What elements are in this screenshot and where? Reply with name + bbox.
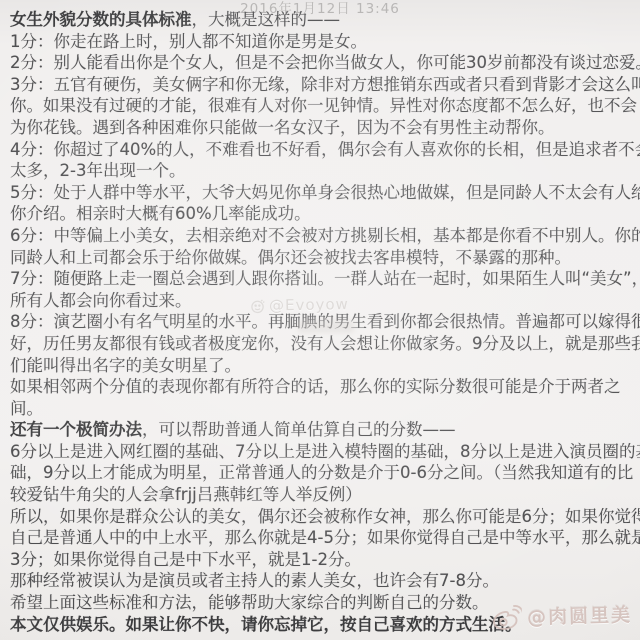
text-segment: 你。如果没有过硬的才能，很难有人对你一见钟情。异性对你态度都不怎么好，也不会: [10, 96, 637, 115]
text-line: 间。: [10, 398, 635, 420]
text-segment: 2分：别人能看出你是个女人，但是不会把你当做女人，你可能30岁前都没有谈过恋爱。: [10, 53, 640, 72]
text-line: 那种经常被误认为是演员或者主持人的素人美女，也许会有7-8分。: [10, 570, 635, 592]
smiley-emoji-icon: [250, 298, 265, 313]
watermark-center: @Evoyow: [250, 295, 349, 315]
post-screenshot: 2016年1月12日 13:46 女生外貌分数的具体标准，大概是这样的——1分：…: [0, 0, 640, 640]
text-line: 们能叫得出名字的美女明星了。: [10, 355, 635, 377]
text-line: 为你花钱。遇到各种困难你只能做一名女汉子，因为不会有男性主动帮你。: [10, 117, 635, 139]
text-segment-bold: 还有一个极简办法: [10, 420, 142, 439]
text-segment-bold: 本文仅供娱乐。如果让你不快，请你忘掉它，按自己喜欢的方式生活。: [10, 615, 522, 634]
text-segment: 础，9分以上才能成为明星，正常普通人的分数是介于0-6分之间。（当然我知道有的比: [10, 463, 633, 482]
text-line: 自己是普通人中的中上水平，那么你就是4-5分；如果你觉得自己是中等水平，那么就是: [10, 527, 635, 549]
text-segment: 3分：五官有硬伤，美女俩字和你无缘，除非对方想推销东西或者只看到背影才会这么叫: [10, 75, 640, 94]
text-segment: 3分；如果你觉得自己是中下水平，就是1-2分。: [10, 550, 361, 569]
text-line: 还有一个极简办法，可以帮助普通人简单估算自己的分数——: [10, 419, 635, 441]
text-segment: 同龄人和上司都会乐于给你做媒。偶尔还会被找去客串模特，不暴露的那种。: [10, 248, 571, 267]
text-line: 础，9分以上才能成为明星，正常普通人的分数是介于0-6分之间。（当然我知道有的比: [10, 462, 635, 484]
text-segment: 自己是普通人中的中上水平，那么你就是4-5分；如果你觉得自己是中等水平，那么就是: [10, 528, 640, 547]
watermark-secondary-smudge: [298, 320, 354, 333]
watermark-bottom-right: @肉圆里美: [492, 600, 633, 631]
text-segment: 你介绍。相亲时大概有60%几率能成功。: [10, 204, 311, 223]
text-line: 7分：随便路上走一圈总会遇到人跟你搭讪。一群人站在一起时，如果陌生人叫“美女”，: [10, 268, 635, 290]
text-line: 3分；如果你觉得自己是中下水平，就是1-2分。: [10, 549, 635, 571]
text-segment: 为你花钱。遇到各种困难你只能做一名女汉子，因为不会有男性主动帮你。: [10, 118, 555, 137]
text-segment: ，大概是这样的——: [192, 10, 341, 29]
watermark-center-text: @Evoyow: [269, 295, 349, 314]
text-line: 同龄人和上司都会乐于给你做媒。偶尔还会被找去客串模特，不暴露的那种。: [10, 247, 635, 269]
text-line: 6分：中等偏上小美女，去相亲绝对不会被对方挑剔长相，基本都是你看不中别人。你的: [10, 225, 635, 247]
text-segment: 太多，2-3年出现一个。: [10, 161, 185, 180]
text-line: 2分：别人能看出你是个女人，但是不会把你当做女人，你可能30岁前都没有谈过恋爱。: [10, 52, 635, 74]
text-segment: 们能叫得出名字的美女明星了。: [10, 356, 241, 375]
text-line: 4分：你超过了40%的人，不难看也不好看，偶尔会有人喜欢你的长相，但是追求者不会: [10, 139, 635, 161]
text-segment: 希望上面这些标准和方法，能够帮助大家综合的判断自己的分数。: [10, 593, 489, 612]
text-line: 好，历任男友都很有钱或者极度宠你，没有人会想让你做家务。9分及以上，就是那些我: [10, 333, 635, 355]
text-line: 太多，2-3年出现一个。: [10, 160, 635, 182]
weibo-logo-icon: [492, 604, 523, 631]
text-segment: 6分以上是进入网红圈的基础、7分以上是进入模特圈的基础，8分以上是进入演员圈的基: [10, 442, 640, 461]
text-segment-bold: 女生外貌分数的具体标准: [10, 10, 192, 29]
text-segment: 所有人都会向你看过来。: [10, 291, 192, 310]
watermark-bottom-text: @肉圆里美: [527, 600, 633, 630]
text-segment: 4分：你超过了40%的人，不难看也不好看，偶尔会有人喜欢你的长相，但是追求者不会: [10, 140, 640, 159]
text-line: 5分：处于人群中等水平，大爷大妈见你单身会很热心地做媒，但是同龄人不太会有人给: [10, 182, 635, 204]
text-line: 你。如果没有过硬的才能，很难有人对你一见钟情。异性对你态度都不怎么好，也不会: [10, 95, 635, 117]
text-line: 6分以上是进入网红圈的基础、7分以上是进入模特圈的基础，8分以上是进入演员圈的基: [10, 441, 635, 463]
text-segment: 好，历任男友都很有钱或者极度宠你，没有人会想让你做家务。9分及以上，就是那些我: [10, 334, 640, 353]
text-line: 较爱钻牛角尖的人会拿frjj吕燕韩红等人举反例）: [10, 484, 635, 506]
text-line: 如果相邻两个分值的表现你都有所符合的话，那么你的实际分数很可能是介于两者之: [10, 376, 635, 398]
text-segment: 如果相邻两个分值的表现你都有所符合的话，那么你的实际分数很可能是介于两者之: [10, 377, 621, 396]
text-segment: 5分：处于人群中等水平，大爷大妈见你单身会很热心地做媒，但是同龄人不太会有人给: [10, 183, 640, 202]
text-segment: 较爱钻牛角尖的人会拿frjj吕燕韩红等人举反例）: [10, 485, 362, 504]
text-segment: 所以，如果你是群众公认的美女，偶尔还会被称作女神，那么你可能是6分；如果你觉得: [10, 507, 640, 526]
text-line: 1分：你走在路上时，别人都不知道你是男是女。: [10, 31, 635, 53]
text-segment: 间。: [10, 399, 43, 418]
text-segment: ，可以帮助普通人简单估算自己的分数——: [142, 420, 456, 439]
text-line: 3分：五官有硬伤，美女俩字和你无缘，除非对方想推销东西或者只看到背影才会这么叫: [10, 74, 635, 96]
text-line: 女生外貌分数的具体标准，大概是这样的——: [10, 9, 635, 31]
text-segment: 1分：你走在路上时，别人都不知道你是男是女。: [10, 32, 367, 51]
text-line: 你介绍。相亲时大概有60%几率能成功。: [10, 203, 635, 225]
text-segment: 那种经常被误认为是演员或者主持人的素人美女，也许会有7-8分。: [10, 571, 499, 590]
text-segment: 7分：随便路上走一圈总会遇到人跟你搭讪。一群人站在一起时，如果陌生人叫“美女”，: [10, 269, 640, 288]
text-segment: 6分：中等偏上小美女，去相亲绝对不会被对方挑剔长相，基本都是你看不中别人。你的: [10, 226, 640, 245]
text-line: 所以，如果你是群众公认的美女，偶尔还会被称作女神，那么你可能是6分；如果你觉得: [10, 506, 635, 528]
